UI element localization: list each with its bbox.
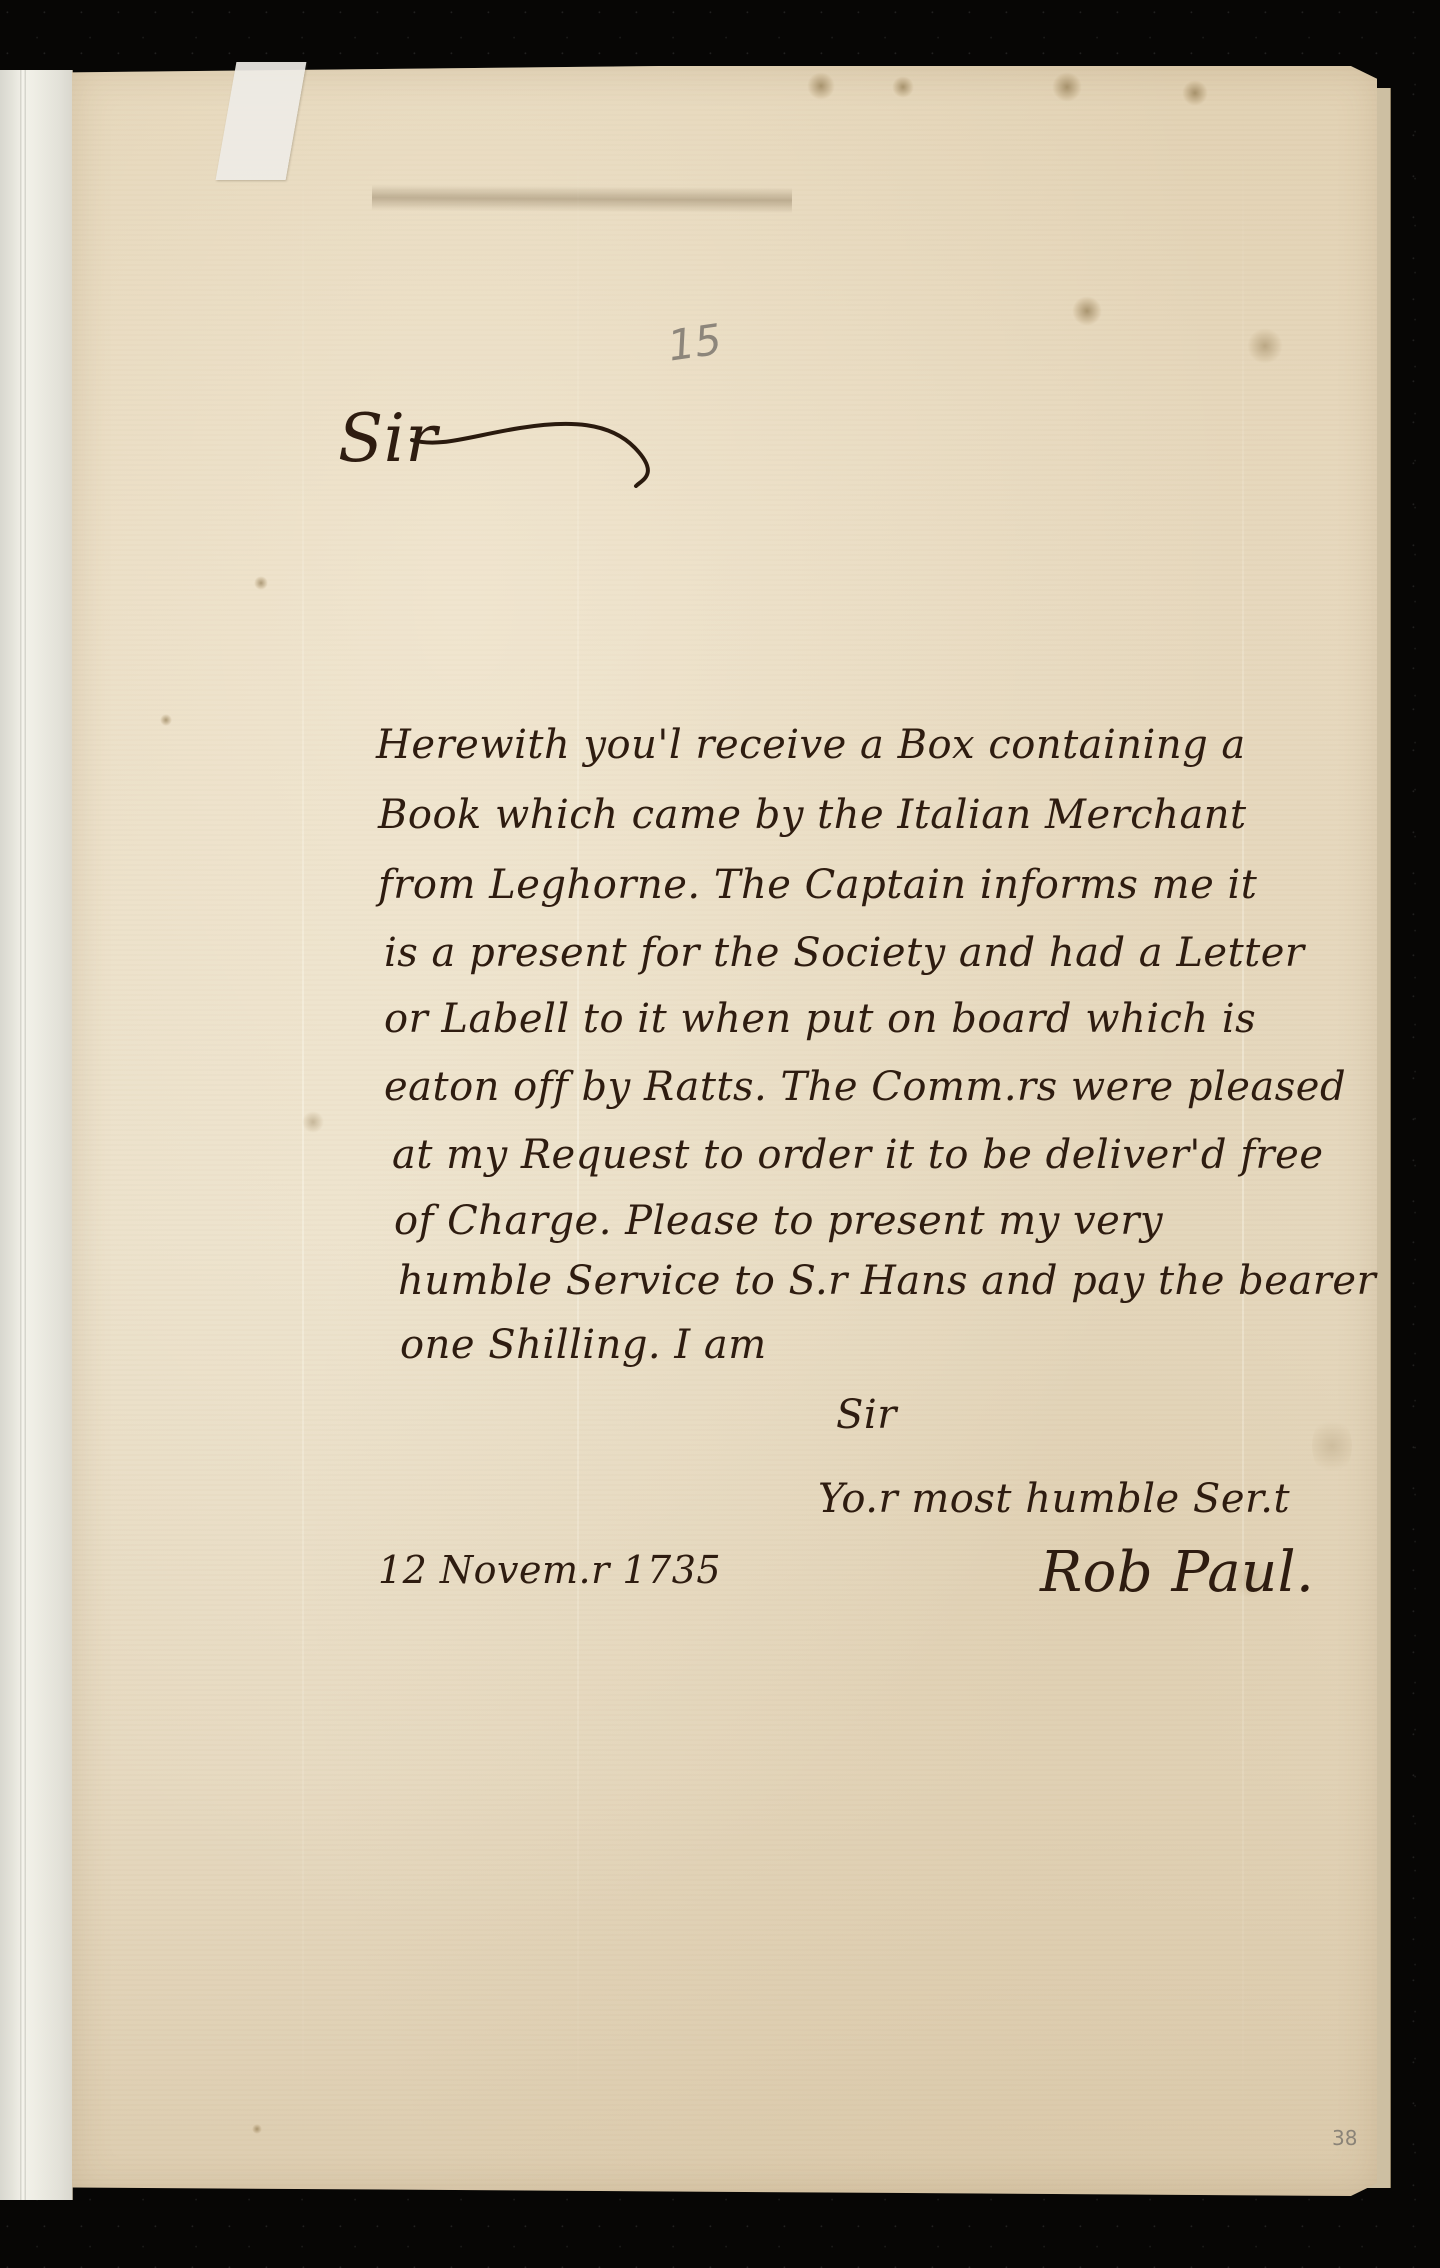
letter-body-line: from Leghorne. The Captain informs me it bbox=[378, 862, 1257, 908]
closing-yours: Yo.r most humble Ser.t bbox=[818, 1476, 1290, 1522]
closing-sir: Sir bbox=[836, 1392, 897, 1438]
ink-stain bbox=[1247, 328, 1283, 364]
binding-fold bbox=[20, 70, 26, 2200]
ink-stain bbox=[1312, 1416, 1352, 1476]
top-fold-stain bbox=[372, 185, 792, 214]
ink-stain bbox=[160, 714, 172, 726]
ink-stain bbox=[254, 576, 268, 590]
letter-body-line: one Shilling. I am bbox=[400, 1322, 767, 1368]
ink-stain bbox=[302, 1111, 324, 1133]
letter-body-line: eaton off by Ratts. The Comm.rs were ple… bbox=[384, 1064, 1346, 1110]
salutation-flourish bbox=[410, 418, 650, 488]
letter-body-line: Herewith you'l receive a Box containing … bbox=[376, 722, 1246, 768]
letter-page bbox=[72, 66, 1377, 2196]
letter-body-line: or Labell to it when put on board which … bbox=[384, 996, 1256, 1042]
letter-body-line: humble Service to S.r Hans and pay the b… bbox=[398, 1258, 1376, 1304]
ink-stain bbox=[892, 76, 914, 98]
ink-stain bbox=[1072, 296, 1102, 326]
binding-strip bbox=[0, 70, 73, 2200]
ink-stain bbox=[252, 2124, 262, 2134]
letter-body-line: at my Request to order it to be deliver'… bbox=[392, 1132, 1324, 1178]
ink-stain bbox=[1052, 72, 1082, 102]
signature: Rob Paul. bbox=[1040, 1540, 1314, 1605]
ink-stain bbox=[807, 72, 835, 100]
letter-body-line: of Charge. Please to present my very bbox=[394, 1198, 1163, 1244]
letter-date: 12 Novem.r 1735 bbox=[378, 1548, 721, 1592]
letter-body-line: is a present for the Society and had a L… bbox=[384, 930, 1305, 976]
vertical-crease bbox=[1242, 132, 1244, 2126]
folio-number-top: 15 bbox=[665, 315, 725, 371]
folio-number-bottom: 38 bbox=[1332, 2126, 1357, 2150]
ink-stain bbox=[1182, 80, 1208, 106]
letter-body-line: Book which came by the Italian Merchant bbox=[378, 792, 1247, 838]
